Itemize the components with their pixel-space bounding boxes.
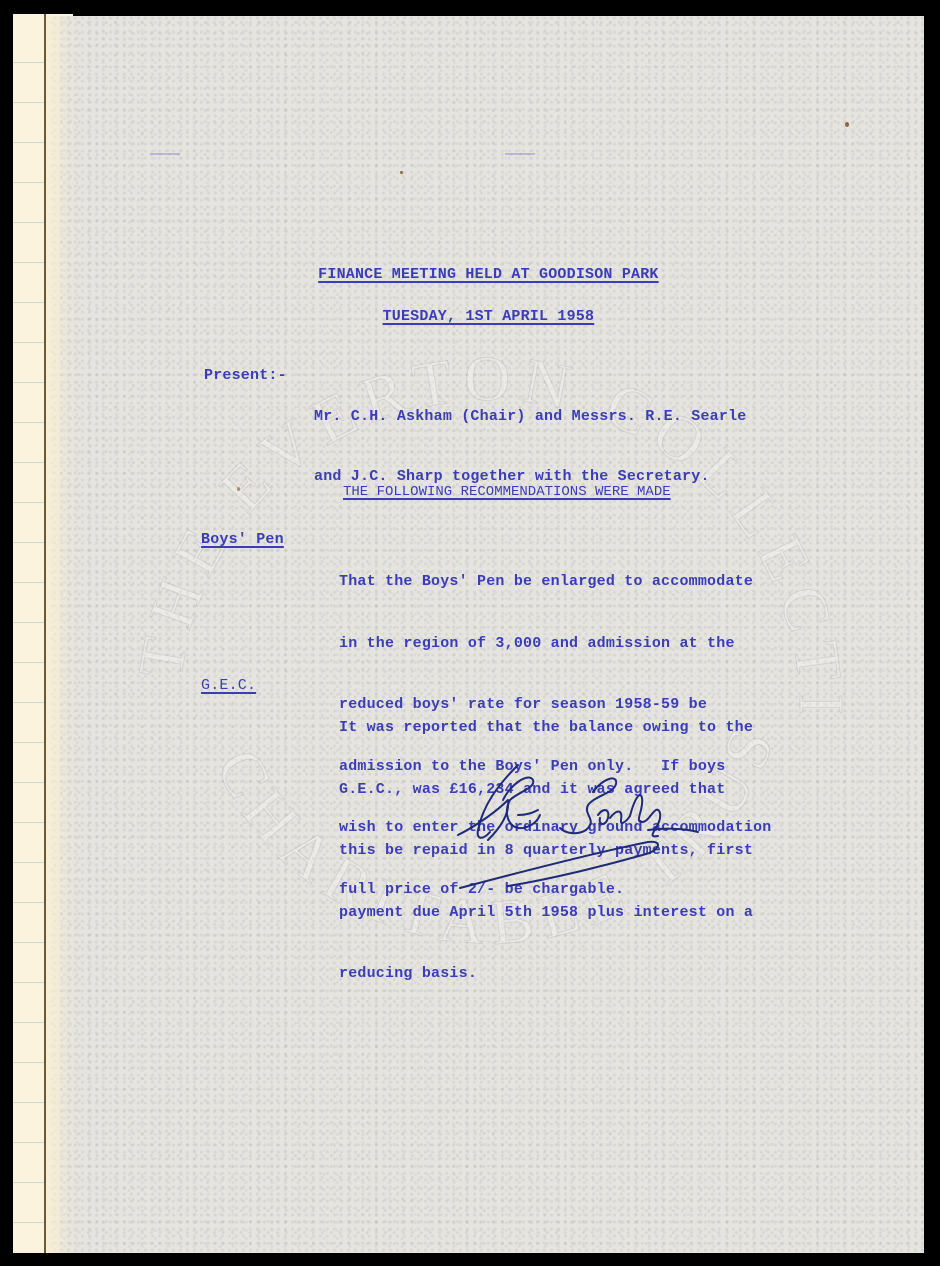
paper-speck — [237, 487, 240, 491]
signature-icon — [448, 760, 708, 900]
text-line: reducing basis. — [339, 964, 753, 985]
present-label: Present:- — [204, 367, 287, 384]
text-line: It was reported that the balance owing t… — [339, 718, 753, 739]
paper-speck — [400, 171, 403, 174]
text-line: payment due April 5th 1958 plus interest… — [339, 903, 753, 924]
meeting-date: TUESDAY, 1ST APRIL 1958 — [0, 291, 940, 342]
text-line: in the region of 3,000 and admission at … — [339, 634, 771, 655]
faint-ink-mark — [505, 153, 535, 155]
text-line: That the Boys' Pen be enlarged to accomm… — [339, 572, 771, 593]
typewritten-minutes: FINANCE MEETING HELD AT GOODISON PARK TU… — [0, 0, 940, 1266]
recommendation-label-gec: G.E.C. — [201, 677, 256, 694]
section-heading: THE FOLLOWING RECOMMENDATIONS WERE MADE — [20, 468, 940, 516]
paper-speck — [845, 122, 849, 127]
faint-ink-mark — [150, 153, 180, 155]
recommendation-label-boys-pen: Boys' Pen — [201, 531, 284, 548]
attendees-line: Mr. C.H. Askham (Chair) and Messrs. R.E.… — [314, 407, 746, 427]
